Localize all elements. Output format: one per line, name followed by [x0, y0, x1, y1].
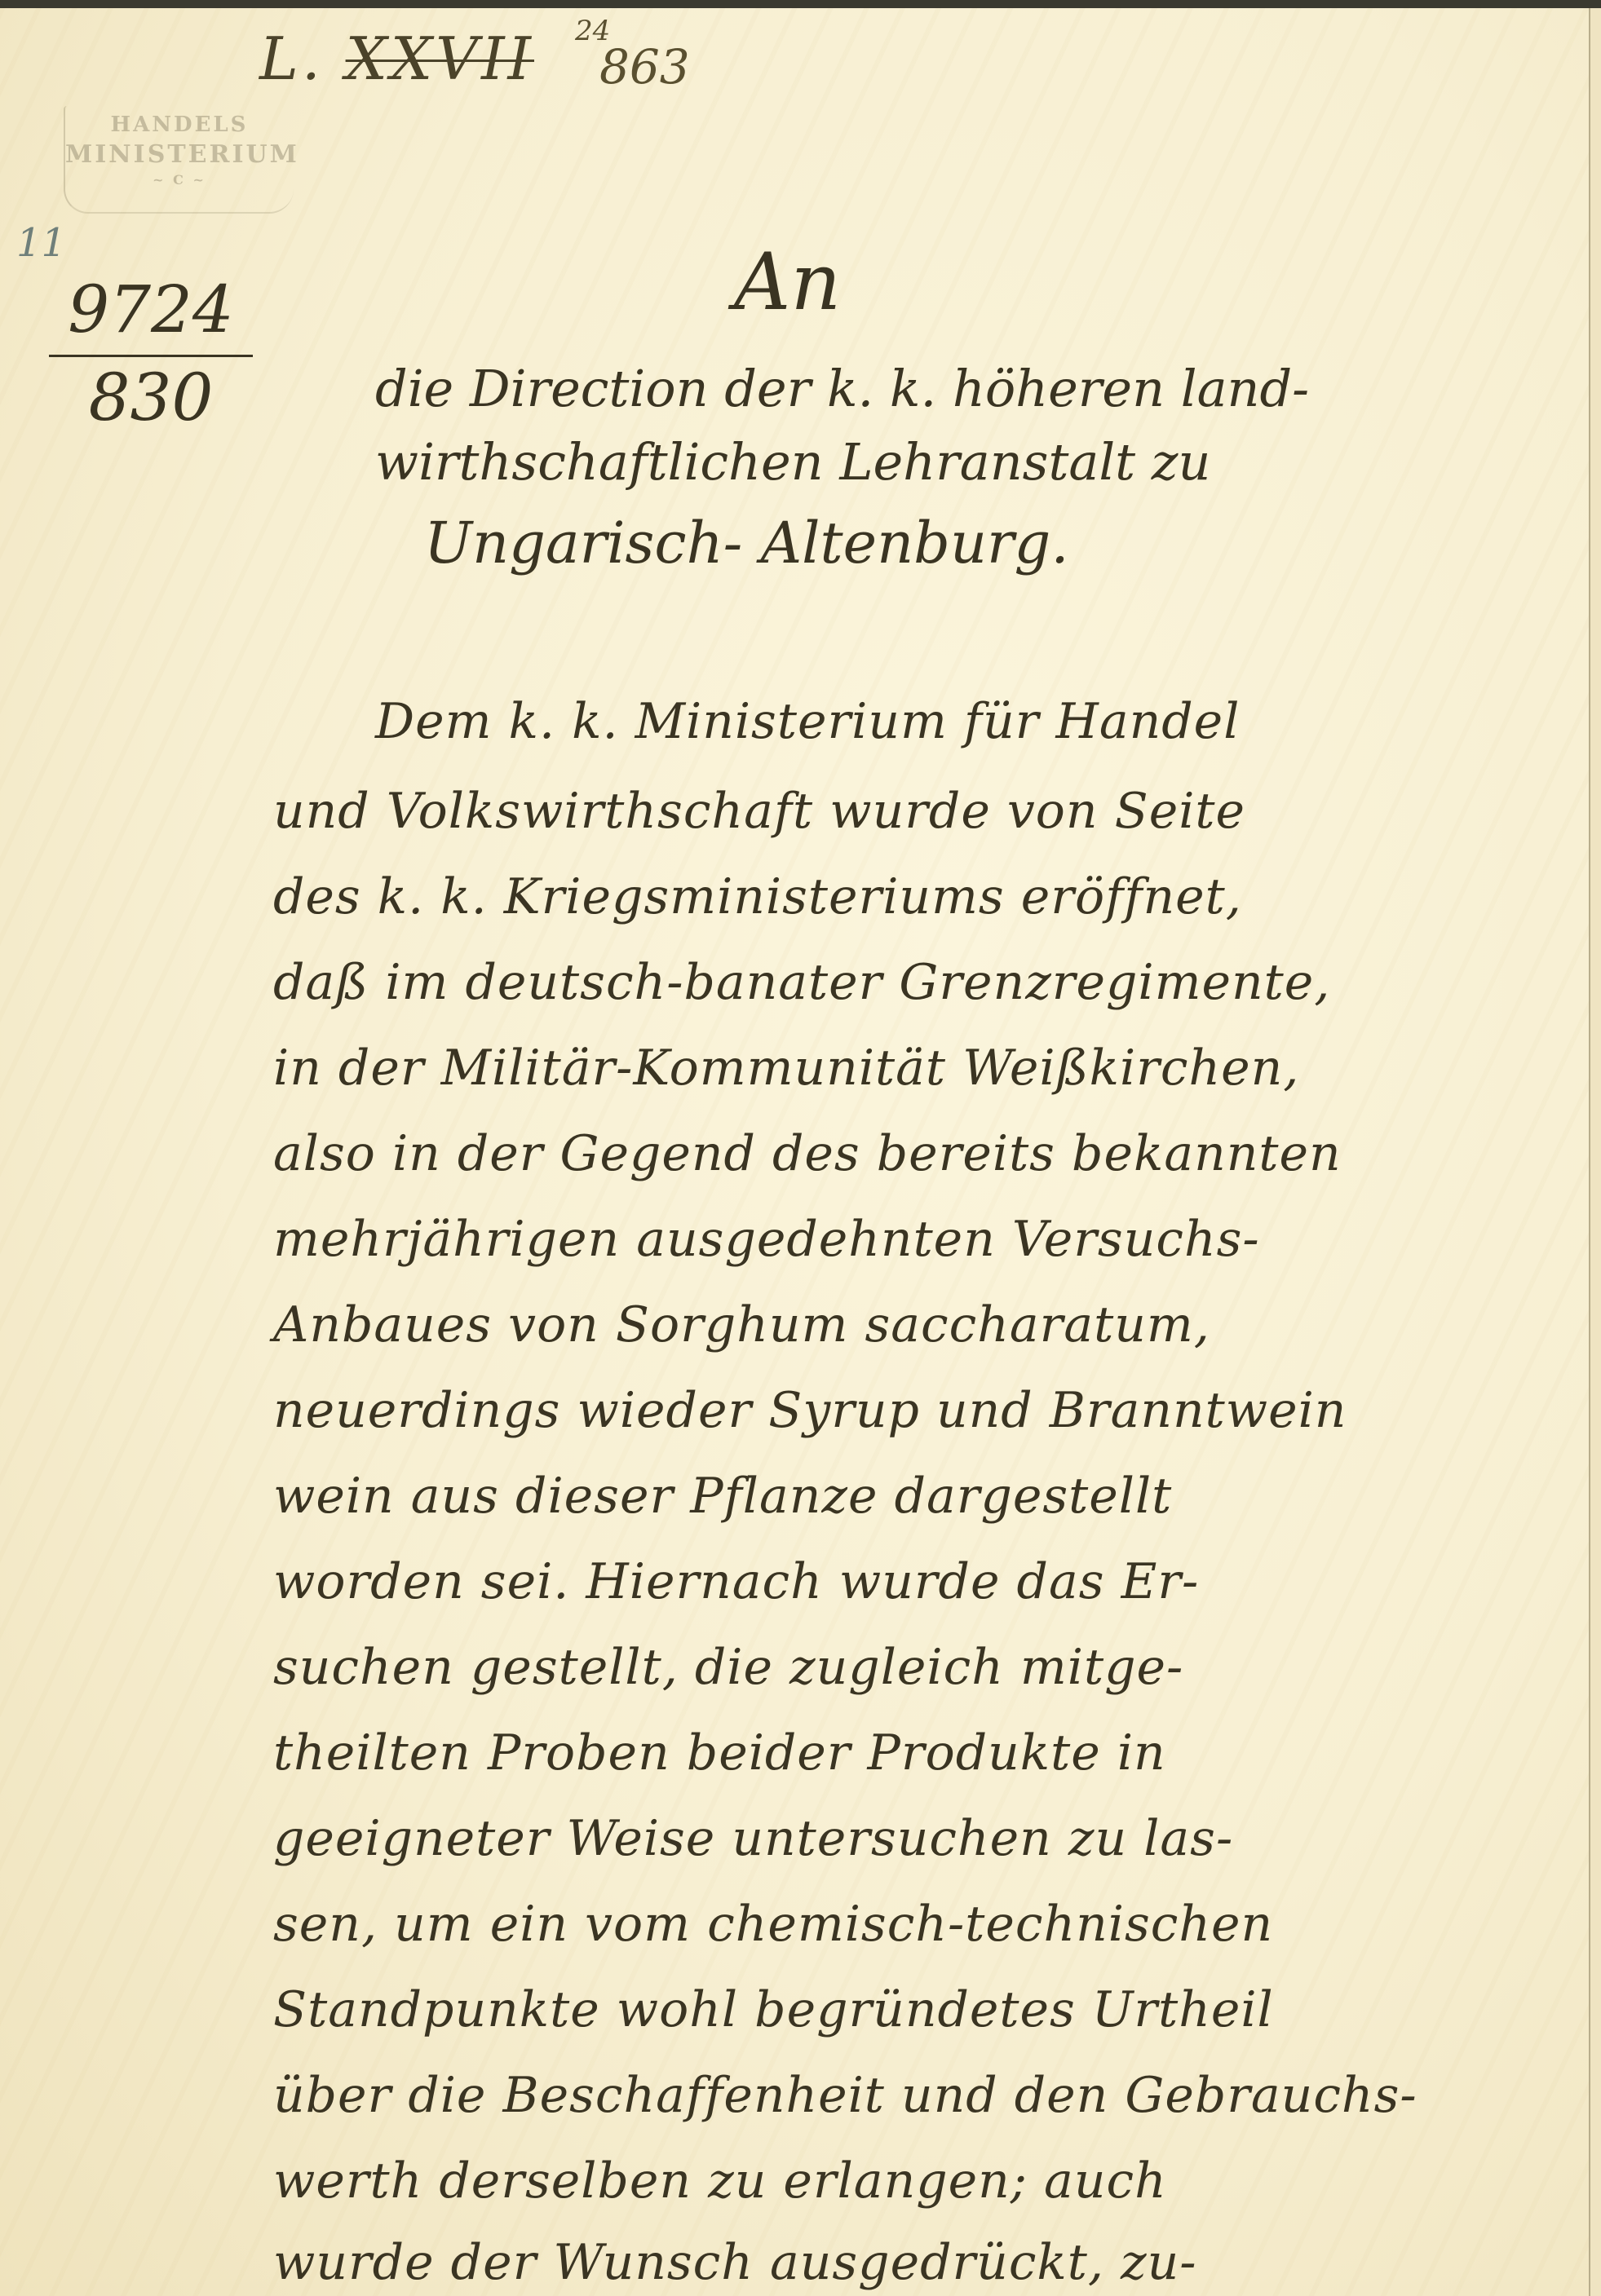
reference-prefix: L.	[259, 24, 324, 93]
address-line: die Direction der k. k. höheren land-	[375, 359, 1309, 418]
body-line: neuerdings wieder Syrup und Branntwein	[273, 1382, 1347, 1439]
address-line: Ungarisch- Altenburg.	[424, 510, 1069, 576]
ministry-stamp: HANDELS MINISTERIUM ~ C ~	[64, 106, 294, 214]
body-line: und Volkswirthschaft wurde von Seite	[273, 783, 1245, 840]
body-line: in der Militär-Kommunität Weißkirchen,	[273, 1040, 1299, 1097]
reference-year: 863	[599, 39, 690, 95]
body-line: also in der Gegend des bereits bekannten	[273, 1125, 1342, 1182]
folio-number: 11	[16, 220, 66, 266]
body-line: des k. k. Kriegsministeriums eröffnet,	[273, 868, 1242, 925]
address-line: wirthschaftlichen Lehranstalt zu	[375, 432, 1210, 492]
body-line: über die Beschaffenheit und den Gebrauch…	[273, 2067, 1417, 2124]
body-line: worden sei. Hiernach wurde das Er-	[273, 1553, 1199, 1610]
body-line: suchen gestellt, die zugleich mitge-	[273, 1639, 1183, 1696]
stamp-line-3: ~ C ~	[65, 172, 294, 188]
registry-denominator: 830	[49, 357, 253, 439]
body-line: Dem k. k. Ministerium für Handel	[375, 693, 1240, 750]
body-line: werth derselben zu erlangen; auch	[273, 2152, 1167, 2210]
reference-numeral: XXVII	[346, 24, 534, 93]
body-line: wein aus dieser Pflanze dargestellt	[273, 1468, 1172, 1525]
body-line: theilten Proben beider Produkte in	[273, 1724, 1166, 1782]
page-edge	[1589, 8, 1601, 2296]
body-line: Anbaues von Sorghum saccharatum,	[273, 1296, 1210, 1353]
registry-numerator: 9724	[49, 265, 253, 357]
stamp-line-1: HANDELS	[65, 113, 294, 137]
body-line: daß im deutsch-banater Grenzregimente,	[273, 954, 1330, 1011]
body-line: sen, um ein vom chemisch-technischen	[273, 1896, 1273, 1953]
salutation: An	[734, 236, 841, 328]
body-line: geeigneter Weise untersuchen zu las-	[273, 1810, 1233, 1867]
body-line: mehrjährigen ausgedehnten Versuchs-	[273, 1211, 1260, 1268]
registry-number: 9724 830	[49, 265, 253, 439]
stamp-line-2: MINISTERIUM	[65, 140, 294, 169]
file-reference: L. XXVII	[259, 24, 534, 93]
body-line: wurde der Wunsch ausgedrückt, zu-	[273, 2234, 1197, 2291]
scan-border-top	[0, 0, 1601, 8]
body-line: Standpunkte wohl begründetes Urtheil	[273, 1981, 1274, 2038]
